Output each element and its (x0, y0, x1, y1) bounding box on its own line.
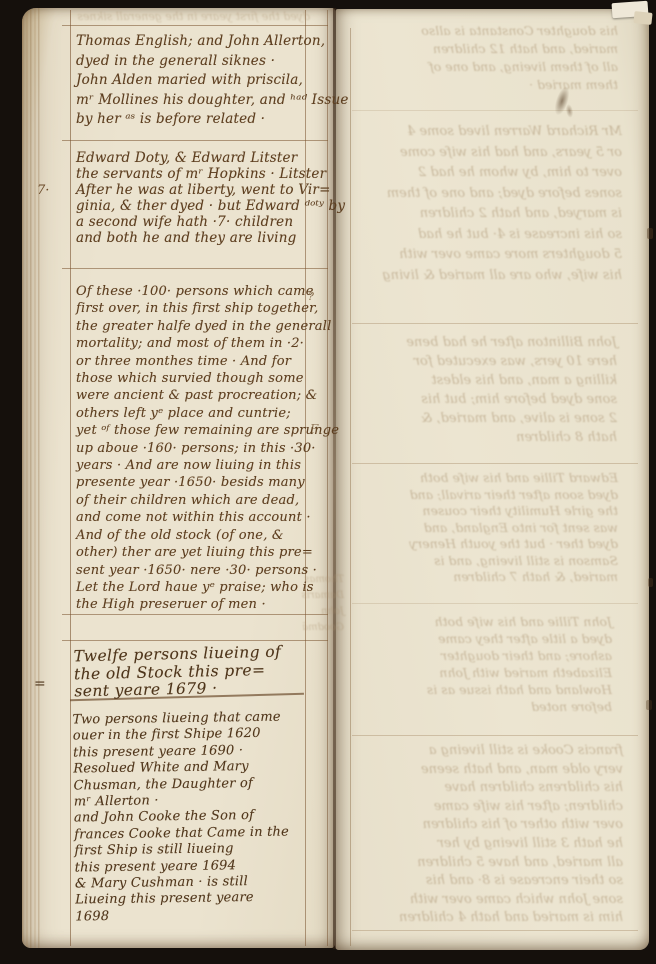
bleed-line: maried, & hath 7 children (360, 569, 618, 586)
margin-mark-flag: F (310, 422, 318, 436)
rule-horizontal-faint (352, 323, 638, 324)
manuscript-line: the High preseruer of men · (76, 596, 339, 613)
bleed-line: his doughter Constanta is allso (368, 22, 618, 40)
bleed-line: Howland and hath issue as is (362, 681, 612, 698)
manuscript-line: mʳ Mollines his doughter, and ʰᵃᵈ Issue (76, 91, 349, 111)
bleed-line: dyed the first yeare in the generall sik… (80, 10, 310, 23)
bleed-line: so their encrease is 8· and his (358, 872, 623, 891)
rule-left-margin (70, 10, 71, 946)
bleed-line: hath 8 children (362, 428, 617, 447)
bleed-line: dyed ther · but the youth Henery (360, 536, 618, 553)
bleed-line: children; after his wife came (358, 798, 623, 817)
manuscript-line: and both he and they are living (76, 230, 345, 246)
manuscript-line: or three monthes time · And for (76, 353, 339, 370)
manuscript-line: ouer in the first Shipe 1620 (73, 726, 288, 745)
bleed-through-text: francis Cooke is still liveing avery old… (358, 742, 623, 928)
bleed-through-text: dyed the first yeare in the generall sik… (80, 10, 310, 23)
bleed-through-text: his doughter Constanta is allsomaried, a… (368, 22, 618, 94)
bleed-line: 2 sone is alive, and maried, & (362, 409, 617, 428)
rule-horizontal (62, 140, 328, 141)
bleed-line: was sent for into England, and (360, 520, 618, 537)
manuscript-line: those which survied though some (76, 370, 339, 387)
bleed-through-text: John Tillie and his wife bothdyed a litl… (362, 613, 612, 715)
bleed-line: sone John which came over with (358, 891, 623, 910)
manuscript-line: a second wife hath ·7· children (76, 214, 345, 230)
manuscript-line: presente year ·1650· besids many (76, 474, 339, 491)
manuscript-line: years · And are now liuing in this (76, 457, 339, 474)
entry-doty-litster: Edward Doty, & Edward Litsterthe servant… (76, 150, 345, 246)
bleed-line: Edward Tillie and his wife both (360, 470, 618, 487)
bleed-line: over to him, by whom he had 2 (360, 163, 622, 184)
manuscript-line: Of these ·100· persons which came (76, 283, 339, 300)
bleed-line: Goodmã (296, 620, 344, 636)
bleed-line: all maried, and have 5 children (358, 854, 623, 873)
margin-mark-seven: 7· (37, 183, 49, 198)
manuscript-line: first over, in this first ship together, (76, 300, 339, 317)
bleed-line: Mr Richard Warren lived some 4 (360, 122, 622, 143)
rule-horizontal-faint (352, 603, 638, 604)
bleed-line: or 5 years, and had his wife come (360, 143, 622, 164)
manuscript-line: Let the Lord haue yᵉ praise; who is (76, 579, 339, 596)
manuscript-line: Edward Doty, & Edward Litster (76, 150, 345, 166)
bleed-through-text: Edward Tillie and his wife bothdyed soon… (360, 470, 618, 586)
rule-horizontal-faint (352, 930, 638, 931)
manuscript-line: frances Cooke that Came in the (74, 824, 289, 843)
bleed-line: ashore; and their doughter (362, 647, 612, 664)
rule-horizontal (62, 614, 328, 615)
rule-horizontal (62, 25, 328, 26)
bleed-line: John Tillie and his wife both (362, 613, 612, 630)
bleed-line: sone dyed before him; but his (362, 390, 617, 409)
bleed-line: he hath 3 still liveing by her (358, 835, 623, 854)
bleed-line: Elizabeth maried with John (362, 664, 612, 681)
margin-mark-query: ? (308, 290, 314, 303)
bleed-line: John Billinton after he had bene (362, 333, 617, 352)
manuscript-line: John Alden maried with priscila, (76, 71, 349, 91)
entry-two-persons-1690: Two persons liueing that cameouer in the… (73, 710, 291, 926)
page-edge-mark (647, 228, 653, 239)
bleed-line: before noted (362, 698, 612, 715)
bleed-line: very olde man, and hath seene (358, 761, 623, 780)
page-corner-tab (633, 11, 652, 25)
manuscript-line: yet ᵒᶠ those few remaining are sprunge (76, 422, 339, 439)
bleed-line: so his increase is 4· but he had (360, 225, 622, 246)
bleed-line: 5 doughters more came over with (360, 245, 622, 266)
bleed-line: dyed soon after their arivall; and (360, 487, 618, 504)
rule-right-page-margin (350, 28, 351, 946)
manuscript-line: 1698 (75, 906, 290, 925)
manuscript-line: After he was at liberty, went to Vir= (76, 182, 345, 198)
rule-horizontal-faint (352, 463, 638, 464)
rule-horizontal (62, 268, 328, 269)
manuscript-line: sent year ·1650· nere ·30· persons · (76, 562, 339, 579)
deckle-page-edge (22, 8, 42, 948)
bleed-line: over with other of his children (358, 816, 623, 835)
manuscript-line: the servants of mʳ Hopkins · Litster (76, 166, 345, 182)
bleed-line: him is maried and hath 4 children (358, 909, 623, 928)
bleed-line: sones before dyed; and one of them (360, 184, 622, 205)
manuscript-line: others left yᵉ place and cuntrie; (76, 405, 339, 422)
bleed-line: killing a man, and his eldest (362, 371, 617, 390)
bleed-line: here 10 yers, was executed for (362, 352, 617, 371)
manuscript-line: Thomas English; and John Allerton, (76, 32, 349, 52)
manuscript-line: other) ther are yet liuing this pre= (76, 544, 339, 561)
bleed-through-text: Mr Richard Warren lived some 4or 5 years… (360, 122, 622, 286)
entry-english-allerton-alden: Thomas English; and John Allerton,dyed i… (76, 32, 349, 130)
bleed-line: his childrens children have (358, 779, 623, 798)
bleed-line: his wife, who are all maried & living (360, 266, 622, 287)
bleed-line: the girle Humility their cousen (360, 503, 618, 520)
manuscript-line: and come not within this account · (76, 509, 339, 526)
bleed-line: maried, and hath 12 children (368, 40, 618, 58)
manuscript-line: the greater halfe dyed in the generall (76, 318, 339, 335)
entry-twelve-persons-1679: Twelfe persons liueing ofthe old Stock t… (73, 644, 282, 701)
margin-mark-equals: = (34, 676, 46, 692)
bleed-line: them maried · (368, 76, 618, 94)
manuscript-line: by her ᵃˢ is before related · (76, 110, 349, 130)
manuscript-line: ginia, & ther dyed · but Edward ᵈᵒᵗʸ by (76, 198, 345, 214)
page-edge-mark (646, 700, 652, 710)
rule-horizontal (62, 640, 328, 641)
manuscript-line: mortality; and most of them in ·2· (76, 335, 339, 352)
bleed-line: Samson is still liveing, and is (360, 553, 618, 570)
rule-horizontal-faint (352, 110, 638, 111)
manuscript-line: were ancient & past procreation; & (76, 387, 339, 404)
bleed-through-text: John Billinton after he had benehere 10 … (362, 333, 617, 447)
manuscript-line: up aboue ·160· persons; in this ·30· (76, 440, 339, 457)
page-edge-mark (648, 578, 653, 587)
entry-hundred-persons-summary: Of these ·100· persons which camefirst o… (76, 283, 339, 614)
manuscript-line: dyed in the generall siknes · (76, 52, 349, 72)
manuscript-line: of their children which are dead, (76, 492, 339, 509)
bleed-line: dyed a litle after they came (362, 630, 612, 647)
bleed-line: francis Cooke is still liveing a (358, 742, 623, 761)
bleed-line: is maryed, and hath 2 children (360, 204, 622, 225)
manuscript-line: And of the old stock (of one, & (76, 527, 339, 544)
rule-horizontal-faint (352, 735, 638, 736)
bleed-line: all of them liveing, and one of (368, 58, 618, 76)
